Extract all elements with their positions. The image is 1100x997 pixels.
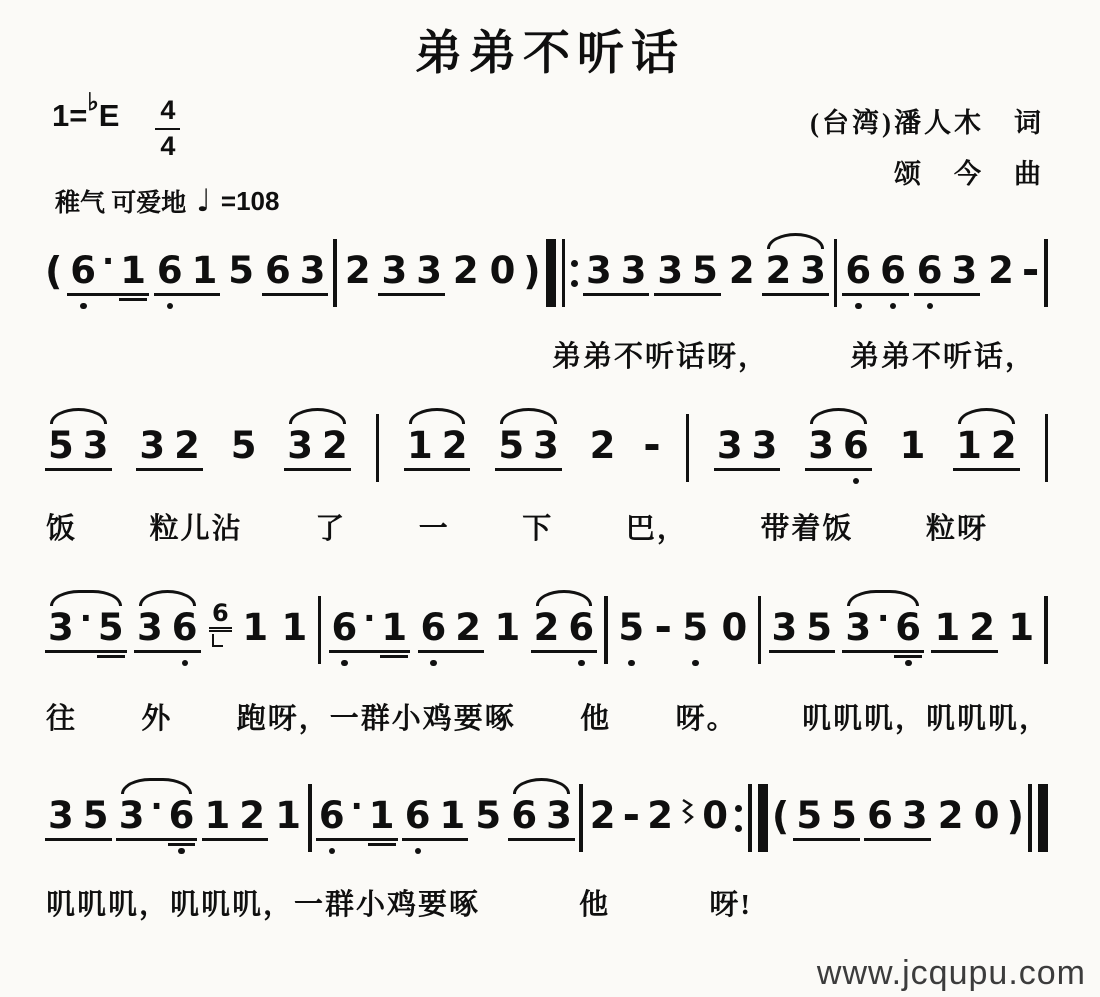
lyric-segment: 呀! bbox=[709, 882, 752, 923]
note-group: 36 bbox=[805, 427, 872, 471]
barline-thin bbox=[686, 414, 690, 482]
note-group: 33 bbox=[378, 252, 445, 296]
note-group: 35 bbox=[45, 797, 112, 841]
note-digit: 3 bbox=[952, 252, 978, 289]
note: 0 bbox=[718, 609, 750, 650]
composer-credit: 颂 今 曲 bbox=[810, 149, 1044, 200]
double-underline bbox=[119, 298, 147, 301]
note-digit: 3 bbox=[752, 427, 778, 464]
note-digit: 1 bbox=[439, 797, 465, 834]
note-digit: 1 bbox=[205, 797, 231, 834]
note-digit: 5 bbox=[831, 797, 857, 834]
note: 5 bbox=[679, 609, 711, 650]
note-digit: 5 bbox=[83, 797, 109, 834]
lyric-segment: 巴， bbox=[626, 506, 688, 547]
slur-arc bbox=[500, 408, 557, 424]
note-group: 66 bbox=[842, 252, 909, 296]
note-group: 6·1 bbox=[329, 609, 411, 653]
note-digit: 6 bbox=[568, 609, 594, 646]
note-group: 63 bbox=[864, 797, 931, 841]
note-row: 63 bbox=[262, 252, 329, 296]
note-digit: 6 bbox=[843, 427, 869, 464]
barline-thin bbox=[579, 784, 583, 852]
note-row: 12 bbox=[953, 427, 1020, 471]
octave-dot bbox=[182, 660, 189, 667]
bar-thin bbox=[748, 784, 752, 852]
barline-thin bbox=[834, 239, 838, 307]
note-digit: 2 bbox=[453, 252, 479, 289]
note-row: 33 bbox=[378, 252, 445, 296]
note-group: 53 bbox=[495, 427, 562, 471]
bar-thin bbox=[604, 596, 608, 664]
lyric-segment: 饭 bbox=[46, 506, 77, 547]
note-digit: 3 bbox=[83, 427, 109, 464]
note-row: 3·6 bbox=[842, 609, 924, 653]
meter-denominator: 4 bbox=[160, 130, 175, 162]
note: 1 bbox=[897, 427, 929, 468]
music-line-1: (6·16156323320)333522366632- bbox=[45, 228, 1048, 307]
note-group: 63 bbox=[914, 252, 981, 296]
note-digit: 2 bbox=[590, 797, 616, 834]
bar-thin bbox=[579, 784, 583, 852]
barline-thin bbox=[1045, 414, 1049, 482]
note-digit: 3 bbox=[139, 427, 165, 464]
note-digit: 1 bbox=[1008, 609, 1034, 646]
repeat-dot bbox=[735, 825, 742, 832]
lyric-segment: 呀。 bbox=[676, 696, 738, 737]
slur-arc bbox=[139, 590, 196, 606]
note-digit: 5 bbox=[682, 609, 708, 646]
lyric-segment: 弟弟不听话， bbox=[850, 334, 1036, 375]
lyric-segment: 下 bbox=[522, 506, 553, 547]
note-row: 5 bbox=[225, 252, 257, 293]
double-underline bbox=[97, 655, 125, 658]
tempo-marking: 稚气 可爱地 ♩ =108 bbox=[55, 183, 279, 219]
repeat-dots bbox=[735, 784, 742, 852]
note-digit: 6 bbox=[157, 252, 183, 289]
note: 5 bbox=[228, 427, 260, 468]
lyric-segment: 他 bbox=[580, 696, 611, 737]
bar-thin bbox=[758, 596, 762, 664]
note-digit: 0 bbox=[974, 797, 1000, 834]
octave-dot bbox=[430, 660, 437, 667]
barline-thin bbox=[758, 596, 762, 664]
grace-hook bbox=[212, 634, 223, 647]
music-line-4: 353·61216·1615632-20(556320) bbox=[45, 773, 1048, 852]
duration-dot: · bbox=[150, 790, 162, 822]
note-row: 36 bbox=[805, 427, 872, 471]
octave-dot bbox=[905, 660, 912, 667]
note-row: 0 bbox=[971, 797, 1003, 838]
barline-thin bbox=[1044, 596, 1048, 664]
note-digit: 6 bbox=[880, 252, 906, 289]
note-row: 12 bbox=[202, 797, 269, 841]
double-underline bbox=[380, 655, 408, 658]
note-row: 2 bbox=[935, 797, 967, 838]
note-digit: 3 bbox=[808, 427, 834, 464]
bar-thin bbox=[308, 784, 312, 852]
slur-arc bbox=[810, 408, 867, 424]
key-prefix: 1= bbox=[52, 100, 87, 131]
grace-digit: 6 bbox=[209, 601, 232, 629]
note-digit: 5 bbox=[806, 609, 832, 646]
octave-dot bbox=[329, 848, 336, 855]
note-group: 12 bbox=[931, 609, 998, 653]
bar-thick bbox=[1038, 784, 1048, 852]
meter-numerator: 4 bbox=[155, 96, 180, 130]
bar-thin bbox=[686, 414, 690, 482]
note-row: 62 bbox=[418, 609, 485, 653]
note-digit: 6 bbox=[332, 609, 358, 646]
note-digit: 2 bbox=[455, 609, 481, 646]
note-group: 12 bbox=[953, 427, 1020, 471]
bar-thick bbox=[546, 239, 556, 307]
note-digit: 1 bbox=[934, 609, 960, 646]
lyric-segment: 跑呀，一群小鸡要啄 bbox=[237, 696, 516, 737]
note-digit: 3 bbox=[657, 252, 683, 289]
bar-thin bbox=[834, 239, 838, 307]
note-digit: 6 bbox=[169, 797, 195, 834]
note: 1 bbox=[239, 609, 271, 650]
tempo-expression: 稚气 可爱地 bbox=[55, 183, 186, 219]
repeat-dot bbox=[571, 280, 578, 287]
bar-thin bbox=[318, 596, 322, 664]
lyric-segment: 叽叽叽，叽叽叽，一群小鸡要啄 bbox=[46, 882, 480, 923]
note-digit: 6 bbox=[421, 609, 447, 646]
music-line-2: 533253212532-3336112 bbox=[45, 403, 1048, 482]
note-digit: 5 bbox=[98, 609, 124, 646]
bar-thin bbox=[376, 414, 380, 482]
slur-arc bbox=[536, 590, 593, 606]
note-digit: 3 bbox=[416, 252, 442, 289]
note-row: 63 bbox=[914, 252, 981, 296]
song-title: 弟弟不听话 bbox=[0, 16, 1100, 83]
note-group: 53 bbox=[45, 427, 112, 471]
note-row: 63 bbox=[508, 797, 575, 841]
note-digit: 6 bbox=[845, 252, 871, 289]
note-row: 1 bbox=[272, 797, 304, 838]
note-digit: 2 bbox=[991, 427, 1017, 464]
note-digit: 3 bbox=[800, 252, 826, 289]
note-digit: 0 bbox=[490, 252, 516, 289]
note-digit: 1 bbox=[275, 797, 301, 834]
note-digit: 3 bbox=[137, 609, 163, 646]
barline-re bbox=[735, 784, 768, 852]
note-digit: 3 bbox=[533, 427, 559, 464]
note-group: 32 bbox=[136, 427, 203, 471]
note-row: 53 bbox=[495, 427, 562, 471]
note-digit: 6 bbox=[265, 252, 291, 289]
note-row: 3·6 bbox=[116, 797, 198, 841]
dash-extension: - bbox=[643, 427, 660, 463]
lyric-segment: 粒儿沾 bbox=[150, 506, 243, 547]
note: 1 bbox=[272, 797, 304, 838]
note-digit: 3 bbox=[300, 252, 326, 289]
note-group: 12 bbox=[202, 797, 269, 841]
lyrics-line-4: 叽叽叽，叽叽叽，一群小鸡要啄他呀! bbox=[46, 882, 752, 923]
octave-dot bbox=[927, 303, 934, 310]
note-digit: 1 bbox=[192, 252, 218, 289]
note-row: 33 bbox=[583, 252, 650, 296]
note-group: 26 bbox=[531, 609, 598, 653]
note-digit: 2 bbox=[322, 427, 348, 464]
note-row: 35 bbox=[769, 609, 836, 653]
bar-thin bbox=[1028, 784, 1032, 852]
dash-extension: - bbox=[655, 609, 672, 645]
double-underline bbox=[168, 843, 196, 846]
barline-thin bbox=[308, 784, 312, 852]
lyric-segment: 粒呀 bbox=[926, 506, 988, 547]
note-digit: 2 bbox=[345, 252, 371, 289]
slur-arc bbox=[958, 408, 1015, 424]
note-digit: 3 bbox=[48, 609, 74, 646]
note-digit: 5 bbox=[796, 797, 822, 834]
note-row: 2 bbox=[587, 797, 619, 838]
barline-thin bbox=[333, 239, 337, 307]
note-row: 23 bbox=[762, 252, 829, 296]
note-digit: 1 bbox=[281, 609, 307, 646]
lyrics-line-3: 往外跑呀，一群小鸡要啄他呀。叽叽叽，叽叽叽， bbox=[46, 696, 1050, 737]
lyric-segment: 他 bbox=[579, 882, 610, 923]
note-group: 35 bbox=[769, 609, 836, 653]
note-digit: 5 bbox=[48, 427, 74, 464]
note-digit: 3 bbox=[48, 797, 74, 834]
note-row: 33 bbox=[714, 427, 781, 471]
note: 2 bbox=[985, 252, 1017, 293]
note-digit: 1 bbox=[242, 609, 268, 646]
octave-dot bbox=[80, 303, 87, 310]
repeat-dot bbox=[571, 260, 578, 267]
barline-thin bbox=[604, 596, 608, 664]
note-digit: 1 bbox=[381, 609, 407, 646]
bar-thin bbox=[1044, 596, 1048, 664]
double-underline bbox=[368, 843, 396, 846]
note-digit: 6 bbox=[895, 609, 921, 646]
note-group: 33 bbox=[714, 427, 781, 471]
bar-thin bbox=[333, 239, 337, 307]
note: 2 bbox=[935, 797, 967, 838]
time-signature: 4 4 bbox=[155, 96, 180, 161]
duration-dot: · bbox=[877, 602, 889, 634]
octave-dot bbox=[167, 303, 174, 310]
note-digit: 6 bbox=[867, 797, 893, 834]
note: 0 bbox=[487, 252, 519, 293]
lyrics-line-1: 弟弟不听话呀，弟弟不听话， bbox=[552, 334, 1036, 375]
note-group: 63 bbox=[508, 797, 575, 841]
note-row: 5 bbox=[615, 609, 647, 650]
note: 0 bbox=[971, 797, 1003, 838]
note-row: 0 bbox=[487, 252, 519, 293]
note-group: 3·6 bbox=[842, 609, 924, 653]
note-digit: 2 bbox=[938, 797, 964, 834]
note-digit: 3 bbox=[119, 797, 145, 834]
note-digit: 3 bbox=[287, 427, 313, 464]
note-row: 35 bbox=[45, 797, 112, 841]
note-digit: 2 bbox=[988, 252, 1014, 289]
note-digit: 1 bbox=[900, 427, 926, 464]
note-row: 6·1 bbox=[316, 797, 398, 841]
note-group: 61 bbox=[402, 797, 469, 841]
note-group: 3·5 bbox=[45, 609, 127, 653]
note-digit: 3 bbox=[772, 609, 798, 646]
note-group: 6·1 bbox=[316, 797, 398, 841]
note-row: 1 bbox=[1005, 609, 1037, 650]
sheet-music-page: 弟弟不听话 1=♭E 4 4 (台湾)潘人木 词 颂 今 曲 稚气 可爱地 ♩ … bbox=[0, 0, 1100, 997]
note-group: 62 bbox=[418, 609, 485, 653]
note-group: 33 bbox=[583, 252, 650, 296]
barline-rb bbox=[546, 239, 579, 307]
octave-dot bbox=[890, 303, 897, 310]
lyric-segment: 叽叽叽，叽叽叽， bbox=[802, 696, 1050, 737]
note-digit: 1 bbox=[956, 427, 982, 464]
octave-dot bbox=[855, 303, 862, 310]
note-digit: 5 bbox=[231, 427, 257, 464]
note: 5 bbox=[472, 797, 504, 838]
music-line-3: 3·5366116·1621265-50353·6121 bbox=[45, 585, 1048, 664]
note-row: 32 bbox=[284, 427, 351, 471]
note: 2 bbox=[726, 252, 758, 293]
note-digit: 5 bbox=[692, 252, 718, 289]
note-row: 32 bbox=[136, 427, 203, 471]
note-digit: 1 bbox=[494, 609, 520, 646]
note-row: 0 bbox=[699, 797, 731, 838]
note-group: 36 bbox=[134, 609, 201, 653]
note-digit: 6 bbox=[172, 609, 198, 646]
flat-icon: ♭ bbox=[87, 91, 98, 115]
duration-dot: · bbox=[102, 245, 114, 277]
note: 5 bbox=[225, 252, 257, 293]
key-letter: E bbox=[99, 100, 120, 131]
note: 2 bbox=[587, 427, 619, 468]
note-row: 36 bbox=[134, 609, 201, 653]
lyric-segment: 外 bbox=[141, 696, 172, 737]
note-group: 3·6 bbox=[116, 797, 198, 841]
lyrics-line-2: 饭粒儿沾了一下巴，带着饭粒呀 bbox=[46, 506, 988, 547]
grace-underline bbox=[209, 630, 232, 633]
note-digit: 1 bbox=[369, 797, 395, 834]
note-digit: 1 bbox=[120, 252, 146, 289]
note-row: 0 bbox=[718, 609, 750, 650]
note-group: 12 bbox=[404, 427, 471, 471]
note-row: 3·5 bbox=[45, 609, 127, 653]
slur-arc bbox=[289, 408, 346, 424]
note-group: 6·1 bbox=[67, 252, 149, 296]
octave-dot bbox=[178, 848, 185, 855]
note-digit: 3 bbox=[546, 797, 572, 834]
note-row: 12 bbox=[404, 427, 471, 471]
note-digit: 3 bbox=[381, 252, 407, 289]
lyric-segment: 往 bbox=[46, 696, 77, 737]
note-digit: 2 bbox=[969, 609, 995, 646]
note-row: 61 bbox=[154, 252, 221, 296]
bar-thin bbox=[562, 239, 566, 307]
note-digit: 3 bbox=[845, 609, 871, 646]
slur-arc bbox=[767, 233, 824, 249]
note-row: 53 bbox=[45, 427, 112, 471]
note-digit: 5 bbox=[498, 427, 524, 464]
lyric-segment: 了 bbox=[315, 506, 346, 547]
note-digit: 2 bbox=[729, 252, 755, 289]
note: 2 bbox=[644, 797, 695, 838]
octave-dot bbox=[578, 660, 585, 667]
note-row: 6·1 bbox=[67, 252, 149, 296]
note: 2 bbox=[450, 252, 482, 293]
note-digit: 6 bbox=[319, 797, 345, 834]
duration-dot: · bbox=[363, 602, 375, 634]
repeat-dot bbox=[735, 805, 742, 812]
note-row: 2 bbox=[342, 252, 374, 293]
watermark: www.jcqupu.com bbox=[817, 954, 1086, 993]
note: 5 bbox=[615, 609, 647, 650]
note-row: 2 bbox=[985, 252, 1017, 293]
note-digit: 3 bbox=[717, 427, 743, 464]
double-underline bbox=[894, 655, 922, 658]
octave-dot bbox=[628, 660, 635, 667]
note-row: 2 bbox=[450, 252, 482, 293]
slur-arc bbox=[409, 408, 466, 424]
dash-extension: - bbox=[1022, 252, 1039, 288]
note-digit: 1 bbox=[407, 427, 433, 464]
lyric-segment: 带着饭 bbox=[760, 506, 853, 547]
note-row: 1 bbox=[239, 609, 271, 650]
bar-thin bbox=[1044, 239, 1048, 307]
tempo-value: =108 bbox=[221, 186, 280, 217]
barline-fin bbox=[1028, 784, 1048, 852]
glissando-down-icon bbox=[679, 799, 695, 825]
note: 1 bbox=[1005, 609, 1037, 650]
note-digit: 2 bbox=[647, 797, 673, 834]
note-digit: 6 bbox=[405, 797, 431, 834]
note-row: 61 bbox=[402, 797, 469, 841]
quarter-note-icon: ♩ bbox=[196, 183, 211, 219]
note-digit: 0 bbox=[702, 797, 728, 834]
note: 2 bbox=[342, 252, 374, 293]
note: 0 bbox=[699, 797, 731, 838]
note-row: 63 bbox=[864, 797, 931, 841]
note-digit: 6 bbox=[511, 797, 537, 834]
key-signature: 1=♭E 4 4 bbox=[52, 100, 180, 161]
note-digit: 6 bbox=[917, 252, 943, 289]
note-digit: 3 bbox=[902, 797, 928, 834]
note-row: 1 bbox=[491, 609, 523, 650]
parenthesis: ( bbox=[45, 252, 62, 292]
note-row: 6·1 bbox=[329, 609, 411, 653]
note-digit: 5 bbox=[228, 252, 254, 289]
note-digit: 3 bbox=[586, 252, 612, 289]
note-group: 35 bbox=[654, 252, 721, 296]
note-row: 35 bbox=[654, 252, 721, 296]
octave-dot bbox=[692, 660, 699, 667]
slur-arc bbox=[513, 778, 570, 794]
note-row: 12 bbox=[931, 609, 998, 653]
octave-dot bbox=[341, 660, 348, 667]
barline-thin bbox=[318, 596, 322, 664]
barline-thin bbox=[1044, 239, 1048, 307]
note-digit: 2 bbox=[765, 252, 791, 289]
note-row: 1 bbox=[278, 609, 310, 650]
note-group: 63 bbox=[262, 252, 329, 296]
note-digit: 3 bbox=[621, 252, 647, 289]
note-row: 26 bbox=[531, 609, 598, 653]
note-row: 2 bbox=[587, 427, 619, 468]
note-row: 2 bbox=[644, 797, 676, 838]
dash-extension: - bbox=[623, 797, 640, 833]
note-digit: 5 bbox=[475, 797, 501, 834]
parenthesis: ) bbox=[523, 252, 540, 292]
note-digit: 2 bbox=[534, 609, 560, 646]
octave-dot bbox=[415, 848, 422, 855]
slur-arc bbox=[50, 408, 107, 424]
